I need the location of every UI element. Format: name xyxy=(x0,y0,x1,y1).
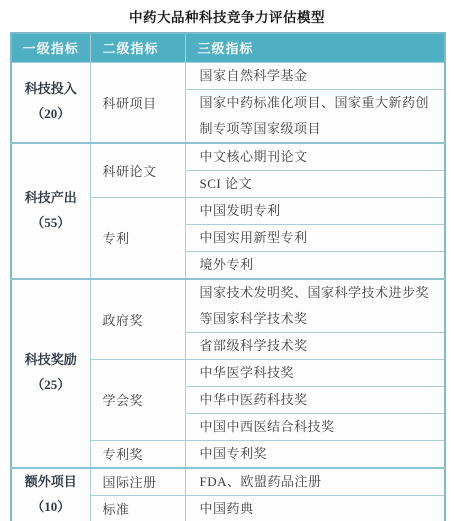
level3-cell: 中华医学科技奖 xyxy=(185,359,445,386)
level3-cell: 中文核心期刊论文 xyxy=(185,143,445,171)
level3-cell: SCI 论文 xyxy=(185,170,445,197)
level1-cell: 科技产出 （55） xyxy=(11,143,90,279)
page: 中药大品种科技竞争力评估模型 一级指标 二级指标 三级指标 科技投入 （20） … xyxy=(0,0,454,521)
level3-cell: 国家中药标准化项目、国家重大新药创制专项等国家级项目 xyxy=(185,89,445,143)
level3-cell: 中国中西医结合科技奖 xyxy=(185,413,445,440)
level3-cell: 中国专利奖 xyxy=(185,440,445,468)
header-level2: 二级指标 xyxy=(90,33,185,62)
level1-score: （10） xyxy=(12,495,90,520)
level3-cell: 国家自然科学基金 xyxy=(185,62,445,89)
header-row: 一级指标 二级指标 三级指标 xyxy=(11,33,445,62)
table-row: 科技奖励 （25） 政府奖 国家技术发明奖、国家科学技术进步奖等国家科学技术奖 xyxy=(11,279,445,333)
level3-cell: 境外专利 xyxy=(185,251,445,279)
level3-cell: 中国实用新型专利 xyxy=(185,224,445,251)
table-row: 科技投入 （20） 科研项目 国家自然科学基金 xyxy=(11,62,445,89)
level1-name: 科技奖励 xyxy=(12,348,90,373)
level3-cell: FDA、欧盟药品注册 xyxy=(185,468,445,496)
level1-score: （20） xyxy=(12,102,90,127)
level1-score: （25） xyxy=(12,373,90,398)
level2-cell: 学会奖 xyxy=(90,359,185,440)
level2-cell: 国际注册 xyxy=(90,468,185,496)
header-level1: 一级指标 xyxy=(11,33,90,62)
level3-cell: 省部级科学技术奖 xyxy=(185,332,445,359)
level1-cell: 额外项目 （10） xyxy=(11,468,90,521)
level3-cell: 中国药典 xyxy=(185,495,445,521)
level1-cell: 科技投入 （20） xyxy=(11,62,90,143)
level1-name: 科技投入 xyxy=(12,77,90,102)
header-level3: 三级指标 xyxy=(185,33,445,62)
level2-cell: 专利 xyxy=(90,197,185,279)
level1-score: （55） xyxy=(12,211,90,236)
level1-name: 额外项目 xyxy=(12,470,90,495)
level2-cell: 标准 xyxy=(90,495,185,521)
level2-cell: 专利奖 xyxy=(90,440,185,468)
table-row: 额外项目 （10） 国际注册 FDA、欧盟药品注册 xyxy=(11,468,445,496)
level3-cell: 国家技术发明奖、国家科学技术进步奖等国家科学技术奖 xyxy=(185,279,445,333)
page-title: 中药大品种科技竞争力评估模型 xyxy=(0,6,454,26)
table-row: 科技产出 （55） 科研论文 中文核心期刊论文 xyxy=(11,143,445,171)
evaluation-table: 一级指标 二级指标 三级指标 科技投入 （20） 科研项目 国家自然科学基金 国… xyxy=(10,32,446,521)
level3-cell: 中国发明专利 xyxy=(185,197,445,224)
level2-cell: 科研项目 xyxy=(90,62,185,143)
level2-cell: 政府奖 xyxy=(90,279,185,360)
level3-cell: 中华中医药科技奖 xyxy=(185,386,445,413)
level2-cell: 科研论文 xyxy=(90,143,185,198)
level1-cell: 科技奖励 （25） xyxy=(11,279,90,468)
level1-name: 科技产出 xyxy=(12,186,90,211)
